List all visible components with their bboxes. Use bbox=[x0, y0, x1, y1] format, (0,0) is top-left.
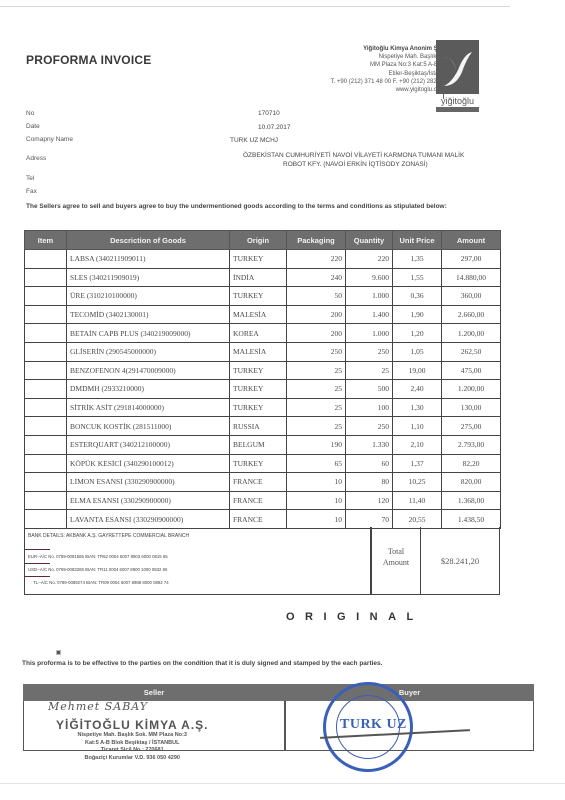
company-address-line: Nispetiye Mah. Başlık Sc bbox=[331, 53, 445, 61]
row-quantity: 1.400 bbox=[346, 305, 393, 324]
row-amount: 1.200,00 bbox=[442, 324, 501, 343]
row-unit-price: 11,40 bbox=[393, 491, 442, 510]
header-packaging: Packaging bbox=[287, 231, 346, 250]
row-item bbox=[25, 268, 67, 287]
bank-details: BANK DETAILS: AKBANK A.Ş. GAYRETTEPE COM… bbox=[24, 527, 371, 595]
table-row: SLES (340211909019)İNDİA2409.6001,5514.8… bbox=[25, 268, 501, 287]
table-row: DMDMH (2933210000)TURKEY255002,401.200,0… bbox=[25, 380, 501, 399]
field-label-company-name: Comapny Name bbox=[26, 136, 73, 143]
field-label-address: Adress bbox=[26, 155, 46, 162]
row-item bbox=[25, 454, 67, 473]
row-unit-price: 1,35 bbox=[393, 250, 442, 269]
row-unit-price: 1,10 bbox=[393, 417, 442, 436]
row-amount: 275,00 bbox=[442, 417, 501, 436]
row-item bbox=[25, 380, 67, 399]
row-packaging: 10 bbox=[287, 510, 346, 529]
seller-stamp-line: Ticaret Sicil No : 270681 bbox=[56, 747, 208, 755]
field-value-address-line2: ROBOT KFY. (NAVOİ ERKİN İQTİSODY ZONASİ) bbox=[283, 161, 428, 168]
row-item bbox=[25, 473, 67, 492]
header-description: Descriction of Goods bbox=[67, 231, 230, 250]
row-item bbox=[25, 342, 67, 361]
header-unit-price: Unit Price bbox=[393, 231, 442, 250]
row-origin: İNDİA bbox=[230, 268, 287, 287]
row-quantity: 250 bbox=[346, 342, 393, 361]
buyer-header: Buyer bbox=[285, 684, 534, 701]
seller-stamp-line: Nispetiye Mah. Başlık Sok. MM Plaza No:3 bbox=[56, 732, 208, 740]
scan-top-edge bbox=[0, 6, 510, 7]
seller-stamp-title: YİĞİTOĞLU KİMYA A.Ş. bbox=[56, 718, 208, 732]
row-unit-price: 2,10 bbox=[393, 435, 442, 454]
row-packaging: 240 bbox=[287, 268, 346, 287]
table-row: BETAİN CAPB PLUS (340219009000)KOREA2001… bbox=[25, 324, 501, 343]
table-header-row: Item Descriction of Goods Origin Packagi… bbox=[25, 231, 501, 250]
row-description: BETAİN CAPB PLUS (340219009000) bbox=[67, 324, 230, 343]
row-description: BONCUK KOSTİK (281511000) bbox=[67, 417, 230, 436]
row-amount: 130,00 bbox=[442, 398, 501, 417]
row-packaging: 190 bbox=[287, 435, 346, 454]
row-amount: 262,50 bbox=[442, 342, 501, 361]
table-row: GLİSERİN (290545000000)MALESİA2502501,05… bbox=[25, 342, 501, 361]
company-address-block: Yiğitoğlu Kimya Anonim Şirk Nispetiye Ma… bbox=[331, 45, 445, 94]
row-item bbox=[25, 435, 67, 454]
row-description: BENZOFENON 4(291470009000) bbox=[67, 361, 230, 380]
row-description: KÖPÜK KESİCİ (340290100012) bbox=[67, 454, 230, 473]
seller-stamp-line: Kat:5 A-B Blok Beşiktaş / İSTANBUL bbox=[56, 740, 208, 748]
total-amount: $28.241,20 bbox=[420, 527, 500, 595]
row-quantity: 70 bbox=[346, 510, 393, 529]
row-origin: TURKEY bbox=[230, 454, 287, 473]
row-origin: FRANCE bbox=[230, 473, 287, 492]
row-amount: 1.200,00 bbox=[442, 380, 501, 399]
row-packaging: 25 bbox=[287, 361, 346, 380]
row-packaging: 200 bbox=[287, 305, 346, 324]
table-row: LABSA (340211909011)TURKEY2202201,35297,… bbox=[25, 250, 501, 269]
row-packaging: 65 bbox=[287, 454, 346, 473]
row-description: GLİSERİN (290545000000) bbox=[67, 342, 230, 361]
row-packaging: 220 bbox=[287, 250, 346, 269]
row-quantity: 9.600 bbox=[346, 268, 393, 287]
header-amount: Amount bbox=[442, 231, 501, 250]
scan-bottom-edge bbox=[0, 783, 565, 784]
row-unit-price: 0,36 bbox=[393, 287, 442, 306]
header-origin: Origin bbox=[230, 231, 287, 250]
row-item bbox=[25, 510, 67, 529]
company-website: www.yigitoglu.com bbox=[331, 86, 445, 94]
row-amount: 14.880,00 bbox=[442, 268, 501, 287]
row-unit-price: 1,55 bbox=[393, 268, 442, 287]
table-row: ELMA ESANSI (330290900000)FRANCE1012011,… bbox=[25, 491, 501, 510]
effective-note: This proforma is to be effective to the … bbox=[22, 660, 382, 667]
row-unit-price: 10,25 bbox=[393, 473, 442, 492]
company-name: Yiğitoğlu Kimya Anonim Şirk bbox=[331, 45, 445, 53]
row-item bbox=[25, 417, 67, 436]
bank-title: BANK DETAILS: AKBANK A.Ş. GAYRETTEPE COM… bbox=[28, 533, 189, 539]
buyer-stamp-text: TURK UZ bbox=[340, 717, 407, 733]
row-packaging: 10 bbox=[287, 473, 346, 492]
bank-rule bbox=[25, 576, 50, 577]
bank-rule bbox=[25, 549, 50, 550]
buyer-round-stamp: TURK UZ bbox=[323, 682, 413, 772]
table-row: ESTERQUART (340212100000)BELGUM1901.3302… bbox=[25, 435, 501, 454]
row-amount: 1.438,50 bbox=[442, 510, 501, 529]
goods-table-body: LABSA (340211909011)TURKEY2202201,35297,… bbox=[25, 250, 501, 529]
row-unit-price: 1,05 bbox=[393, 342, 442, 361]
stylized-y-logo-icon bbox=[436, 40, 479, 94]
row-quantity: 60 bbox=[346, 454, 393, 473]
row-item bbox=[25, 250, 67, 269]
row-amount: 360,00 bbox=[442, 287, 501, 306]
table-row: KÖPÜK KESİCİ (340290100012)TURKEY65601,3… bbox=[25, 454, 501, 473]
row-packaging: 25 bbox=[287, 398, 346, 417]
field-value-address-line1: ÖZBEKİSTAN CUMHURİYETİ NAVOİ VİLAYETİ KA… bbox=[243, 152, 464, 159]
row-quantity: 1.330 bbox=[346, 435, 393, 454]
original-mark: ORIGINAL bbox=[286, 611, 424, 623]
field-label-fax: Fax bbox=[26, 188, 37, 195]
row-origin: FRANCE bbox=[230, 491, 287, 510]
table-row: TECOMİD (3402130001)MALESİA2001.4001,902… bbox=[25, 305, 501, 324]
table-row: LİMON ESANSI (330290900000)FRANCE108010,… bbox=[25, 473, 501, 492]
row-origin: MALESİA bbox=[230, 305, 287, 324]
row-description: SİTRİK ASİT (291814000000) bbox=[67, 398, 230, 417]
seller-handwritten-signature: Mehmet SABAY bbox=[48, 700, 148, 713]
table-row: LAVANTA ESANSI (330290900000)FRANCE10702… bbox=[25, 510, 501, 529]
row-description: ESTERQUART (340212100000) bbox=[67, 435, 230, 454]
row-quantity: 1.000 bbox=[346, 324, 393, 343]
field-label-tel: Tel bbox=[26, 175, 34, 182]
row-quantity: 220 bbox=[346, 250, 393, 269]
row-origin: KOREA bbox=[230, 324, 287, 343]
row-unit-price: 20,55 bbox=[393, 510, 442, 529]
company-address-line: Etiler-Beşiktaş/İstanb bbox=[331, 70, 445, 78]
row-origin: TURKEY bbox=[230, 250, 287, 269]
row-packaging: 250 bbox=[287, 342, 346, 361]
table-row: BENZOFENON 4(291470009000)TURKEY252519,0… bbox=[25, 361, 501, 380]
agreement-text: The Sellers agree to sell and buyers agr… bbox=[26, 203, 447, 210]
row-amount: 2.660,00 bbox=[442, 305, 501, 324]
row-quantity: 1.000 bbox=[346, 287, 393, 306]
row-origin: FRANCE bbox=[230, 510, 287, 529]
total-label: Total Amount bbox=[371, 527, 421, 595]
row-origin: TURKEY bbox=[230, 380, 287, 399]
table-row: BONCUK KOSTİK (281511000)RUSSIA252501,10… bbox=[25, 417, 501, 436]
document-title: PROFORMA INVOICE bbox=[26, 53, 151, 67]
logo-bar bbox=[436, 107, 479, 112]
row-quantity: 80 bbox=[346, 473, 393, 492]
logo-wordmark: yiğitoğlu bbox=[436, 96, 479, 106]
company-logo: yiğitoğlu bbox=[436, 40, 479, 118]
row-packaging: 200 bbox=[287, 324, 346, 343]
row-quantity: 25 bbox=[346, 361, 393, 380]
row-quantity: 100 bbox=[346, 398, 393, 417]
row-description: TECOMİD (3402130001) bbox=[67, 305, 230, 324]
row-amount: 820,00 bbox=[442, 473, 501, 492]
bank-account-eur: EUR--A/C No. 0789-0081565 IBAN: TR62 000… bbox=[28, 554, 168, 559]
row-origin: RUSSIA bbox=[230, 417, 287, 436]
row-packaging: 10 bbox=[287, 491, 346, 510]
row-origin: MALESİA bbox=[230, 342, 287, 361]
header-item: Item bbox=[25, 231, 67, 250]
row-unit-price: 1,37 bbox=[393, 454, 442, 473]
total-label-line1: Total bbox=[372, 546, 420, 557]
field-value-no: 170710 bbox=[258, 110, 280, 117]
row-item bbox=[25, 324, 67, 343]
field-value-date: 10.07.2017 bbox=[258, 124, 291, 131]
row-unit-price: 1,90 bbox=[393, 305, 442, 324]
row-description: ÜRE (310210100000) bbox=[67, 287, 230, 306]
row-amount: 82,20 bbox=[442, 454, 501, 473]
row-unit-price: 1,20 bbox=[393, 324, 442, 343]
row-origin: TURKEY bbox=[230, 287, 287, 306]
table-row: ÜRE (310210100000)TURKEY501.0000,36360,0… bbox=[25, 287, 501, 306]
row-description: SLES (340211909019) bbox=[67, 268, 230, 287]
row-item bbox=[25, 305, 67, 324]
field-value-company-name: TURK UZ MCHJ bbox=[230, 137, 278, 144]
bank-account-tl: TL--A/C No. 0789-0089274 IBAN: TR09 0004… bbox=[33, 580, 169, 585]
row-item bbox=[25, 398, 67, 417]
row-item bbox=[25, 491, 67, 510]
row-description: LİMON ESANSI (330290900000) bbox=[67, 473, 230, 492]
table-row: SİTRİK ASİT (291814000000)TURKEY251001,3… bbox=[25, 398, 501, 417]
row-unit-price: 1,30 bbox=[393, 398, 442, 417]
bank-account-usd: USD--A/C No. 0789-0083265 IBAN: TR11 000… bbox=[28, 567, 167, 572]
row-description: LABSA (340211909011) bbox=[67, 250, 230, 269]
field-label-no: No bbox=[26, 110, 34, 117]
row-quantity: 250 bbox=[346, 417, 393, 436]
row-quantity: 500 bbox=[346, 380, 393, 399]
row-packaging: 25 bbox=[287, 417, 346, 436]
company-address-line: MM Plaza No:3 Kat:5 A-B Bl bbox=[331, 61, 445, 69]
company-phone: T. +90 (212) 371 48 00 F. +90 (212) 282 … bbox=[331, 78, 445, 86]
row-packaging: 25 bbox=[287, 380, 346, 399]
row-amount: 1.368,00 bbox=[442, 491, 501, 510]
row-unit-price: 19,00 bbox=[393, 361, 442, 380]
row-origin: BELGUM bbox=[230, 435, 287, 454]
row-origin: TURKEY bbox=[230, 361, 287, 380]
row-description: LAVANTA ESANSI (330290900000) bbox=[67, 510, 230, 529]
seller-company-stamp: YİĞİTOĞLU KİMYA A.Ş. Nispetiye Mah. Başl… bbox=[56, 718, 208, 762]
row-amount: 2.793,00 bbox=[442, 435, 501, 454]
row-item bbox=[25, 287, 67, 306]
header-quantity: Quantity bbox=[346, 231, 393, 250]
row-origin: TURKEY bbox=[230, 398, 287, 417]
total-label-line2: Amount bbox=[372, 557, 420, 568]
bank-rule bbox=[25, 563, 50, 564]
goods-table: Item Descriction of Goods Origin Packagi… bbox=[24, 230, 501, 529]
row-description: ELMA ESANSI (330290900000) bbox=[67, 491, 230, 510]
row-description: DMDMH (2933210000) bbox=[67, 380, 230, 399]
row-amount: 475,00 bbox=[442, 361, 501, 380]
bullet-square-icon bbox=[56, 650, 61, 655]
row-packaging: 50 bbox=[287, 287, 346, 306]
field-label-date: Date bbox=[26, 123, 40, 130]
row-unit-price: 2,40 bbox=[393, 380, 442, 399]
row-quantity: 120 bbox=[346, 491, 393, 510]
row-amount: 297,00 bbox=[442, 250, 501, 269]
row-item bbox=[25, 361, 67, 380]
seller-header: Seller bbox=[23, 684, 285, 701]
seller-stamp-line: Boğaziçi Kurumlar V.D. 936 050 4290 bbox=[56, 755, 208, 763]
